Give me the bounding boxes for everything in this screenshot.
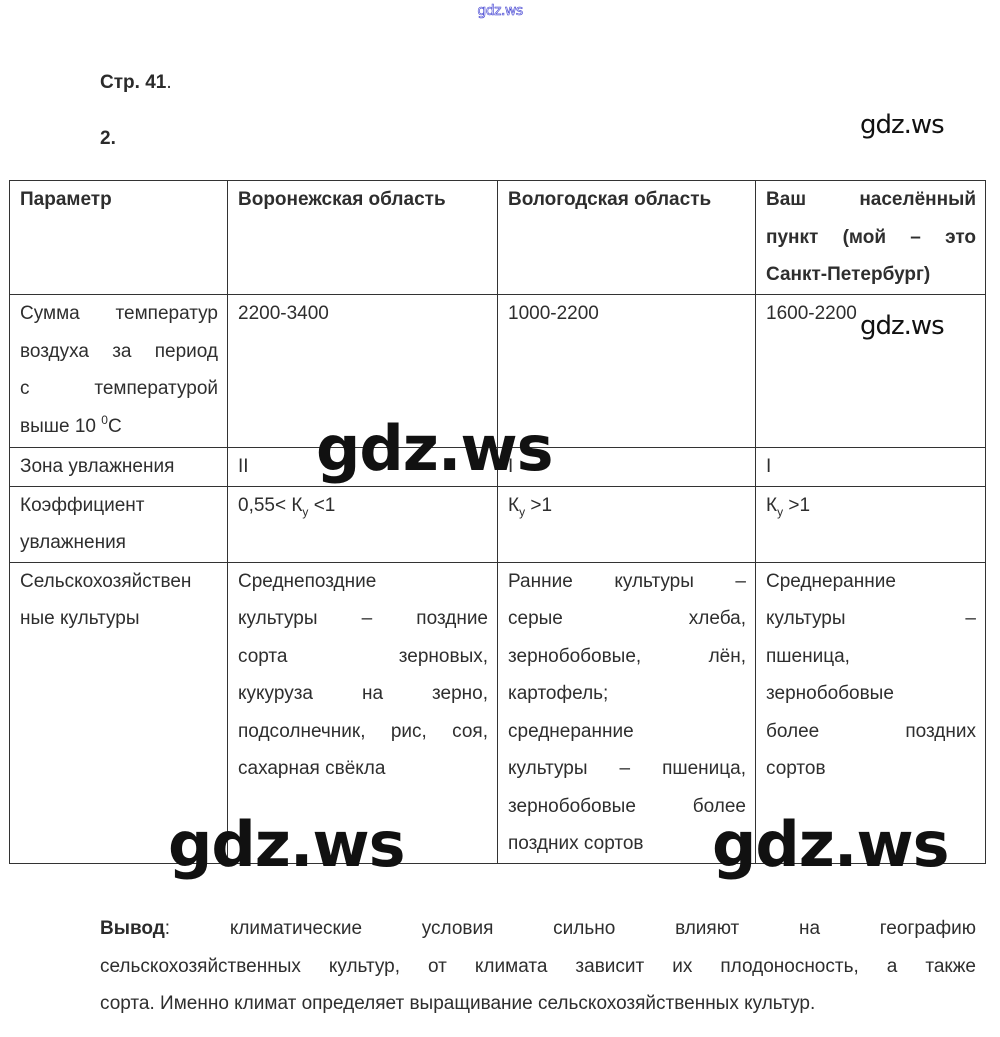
- temp-text: выше 10: [20, 416, 101, 437]
- cell-line: подсолнечник, рис, соя,: [238, 713, 488, 751]
- cell-spb: I: [756, 448, 986, 487]
- task-number: 2.: [100, 128, 116, 150]
- cell-line: выше 10 0С: [20, 408, 218, 446]
- coef-suffix: <1: [308, 495, 335, 516]
- cell-line: воздуха за период: [20, 333, 218, 371]
- cell-line: сорта зерновых,: [238, 638, 488, 676]
- cell-line: ные культуры: [20, 600, 218, 638]
- cell-line: серые хлеба,: [508, 600, 746, 638]
- conclusion-label: Вывод: [100, 918, 165, 939]
- temp-unit: С: [108, 416, 122, 437]
- header-line: Санкт-Петербург): [766, 256, 976, 294]
- cell-vologda: Ку >1: [498, 486, 756, 562]
- page-reference-label: Стр. 41: [100, 72, 166, 93]
- coef-prefix: К: [766, 495, 777, 516]
- conclusion-line: Вывод: климатические условия сильно влия…: [100, 910, 976, 948]
- cell-line: зернобобовые: [766, 675, 976, 713]
- cell-line: более поздних: [766, 713, 976, 751]
- page-reference-dot: .: [166, 72, 171, 93]
- cell-line: Коэффициент: [20, 487, 218, 525]
- cell-spb: Ку >1: [756, 486, 986, 562]
- cell-line: среднеранние: [508, 713, 746, 751]
- header-line: пункт (мой – это: [766, 219, 976, 257]
- header-parameter: Параметр: [10, 181, 228, 295]
- watermark-small: gdz.ws: [860, 311, 944, 341]
- cell-line: Сумма температур: [20, 295, 218, 333]
- cell-parameter: Сумма температур воздуха за период с тем…: [10, 295, 228, 448]
- conclusion-line: сорта. Именно климат определяет выращива…: [100, 985, 976, 1023]
- cell-line: культуры – пшеница,: [508, 750, 746, 788]
- coef-prefix: К: [508, 495, 519, 516]
- cell-line: увлажнения: [20, 524, 218, 562]
- cell-line: Среднепоздние: [238, 563, 488, 601]
- cell-line: культуры – поздние: [238, 600, 488, 638]
- cell-parameter: Коэффициент увлажнения: [10, 486, 228, 562]
- cell-line: пшеница,: [766, 638, 976, 676]
- cell-line: культуры –: [766, 600, 976, 638]
- comparison-table: Параметр Воронежская область Вологодская…: [9, 180, 986, 864]
- coef-suffix: >1: [525, 495, 552, 516]
- table-row: Коэффициент увлажнения 0,55< Ку <1 Ку >1…: [10, 486, 986, 562]
- watermark-large: gdz.ws: [316, 412, 553, 485]
- cell-line: Среднеранние: [766, 563, 976, 601]
- cell-line: сахарная свёкла: [238, 750, 488, 788]
- cell-voronezh: 0,55< Ку <1: [228, 486, 498, 562]
- cell-line: зернобобовые более: [508, 788, 746, 826]
- page-reference: Стр. 41.: [100, 72, 172, 94]
- coef-prefix: 0,55< К: [238, 495, 302, 516]
- watermark-large: gdz.ws: [168, 808, 405, 881]
- table-header-row: Параметр Воронежская область Вологодская…: [10, 181, 986, 295]
- conclusion-text: климатические условия сильно влияют на г…: [170, 918, 976, 939]
- cell-line: Ранние культуры –: [508, 563, 746, 601]
- cell-line: поздних сортов: [508, 825, 746, 863]
- conclusion-line: сельскохозяйственных культур, от климата…: [100, 948, 976, 986]
- cell-line: картофель;: [508, 675, 746, 713]
- cell-line: зернобобовые, лён,: [508, 638, 746, 676]
- coef-suffix: >1: [783, 495, 810, 516]
- watermark-top: gdz.ws: [0, 3, 1000, 19]
- conclusion-paragraph: Вывод: климатические условия сильно влия…: [100, 910, 976, 1023]
- cell-line: сортов: [766, 750, 976, 788]
- header-vologda: Вологодская область: [498, 181, 756, 295]
- cell-line: кукуруза на зерно,: [238, 675, 488, 713]
- watermark-small: gdz.ws: [860, 110, 944, 140]
- cell-parameter: Зона увлажнения: [10, 448, 228, 487]
- header-your-city: Ваш населённый пункт (мой – это Санкт-Пе…: [756, 181, 986, 295]
- header-line: Ваш населённый: [766, 181, 976, 219]
- watermark-large: gdz.ws: [712, 808, 949, 881]
- header-voronezh: Воронежская область: [228, 181, 498, 295]
- degree-superscript: 0: [101, 413, 108, 427]
- cell-line: Сельскохозяйствен: [20, 563, 218, 601]
- cell-line: с температурой: [20, 370, 218, 408]
